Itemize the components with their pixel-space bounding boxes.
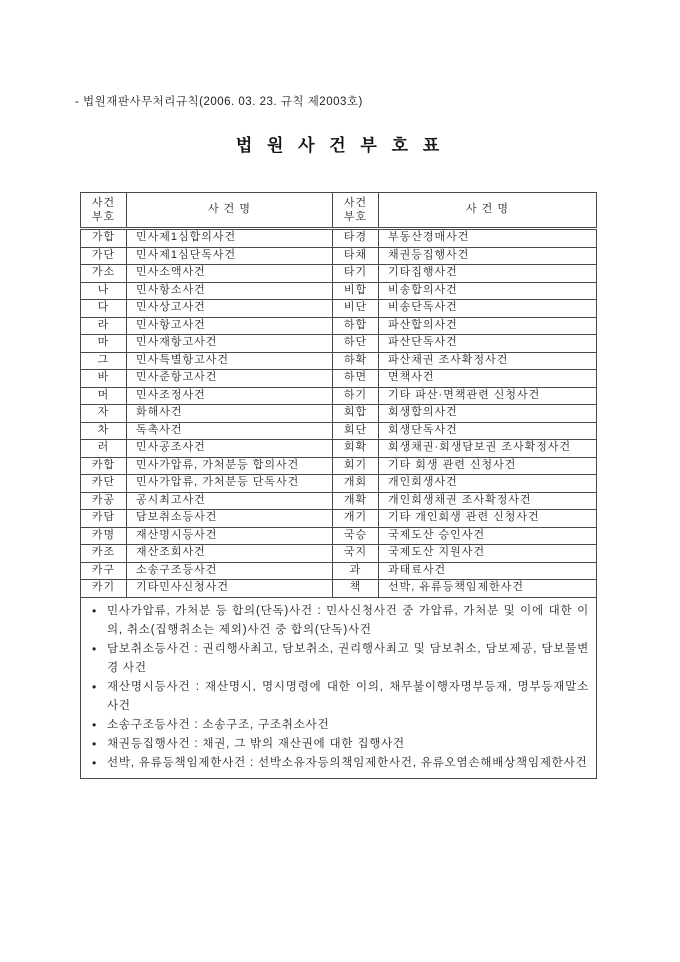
case-name-cell: 소송구조등사건 <box>127 562 333 580</box>
case-name-cell: 민사제1심합의사건 <box>127 229 333 248</box>
note-item: 재산명시등사건 : 재산명시, 명시명령에 대한 이의, 채무불이행자명부등재,… <box>88 678 589 716</box>
table-row: 나민사항소사건비합비송합의사건 <box>81 282 597 300</box>
table-row: 다민사상고사건비단비송단독사건 <box>81 300 597 318</box>
case-name-cell: 민사상고사건 <box>127 300 333 318</box>
case-code-cell: 가단 <box>81 247 127 265</box>
table-row: 자화해사건회합회생합의사건 <box>81 405 597 423</box>
case-code-cell: 라 <box>81 317 127 335</box>
case-code-cell: 하면 <box>333 370 379 388</box>
case-name-cell: 부동산경매사건 <box>379 229 597 248</box>
col-header-case-code-line2: 부호 <box>334 210 377 224</box>
case-code-cell: 하합 <box>333 317 379 335</box>
case-name-cell: 비송단독사건 <box>379 300 597 318</box>
case-name-cell: 재산조회사건 <box>127 545 333 563</box>
case-code-cell: 머 <box>81 387 127 405</box>
case-name-cell: 민사조정사건 <box>127 387 333 405</box>
case-name-cell: 민사제1심단독사건 <box>127 247 333 265</box>
table-row: 러민사공조사건회확회생채권·회생담보권 조사확정사건 <box>81 440 597 458</box>
table-row: 머민사조정사건하기기타 파산·면책관련 신청사건 <box>81 387 597 405</box>
case-code-cell: 개기 <box>333 510 379 528</box>
case-code-cell: 마 <box>81 335 127 353</box>
case-name-cell: 개인회생채권 조사확정사건 <box>379 492 597 510</box>
case-code-cell: 회기 <box>333 457 379 475</box>
case-name-cell: 채권등집행사건 <box>379 247 597 265</box>
table-row: 카단민사가압류, 가처분등 단독사건개회개인회생사건 <box>81 475 597 493</box>
table-row: 바민사준항고사건하면면책사건 <box>81 370 597 388</box>
case-code-cell: 국승 <box>333 527 379 545</box>
case-code-cell: 카합 <box>81 457 127 475</box>
note-item: 소송구조등사건 : 소송구조, 구조취소사건 <box>88 716 589 735</box>
case-name-cell: 민사항고사건 <box>127 317 333 335</box>
case-code-cell: 가합 <box>81 229 127 248</box>
case-code-cell: 그 <box>81 352 127 370</box>
notes-row: 민사가압류, 가처분 등 합의(단독)사건 : 민사신청사건 중 가압류, 가처… <box>81 597 597 778</box>
table-body: 가합민사제1심합의사건타경부동산경매사건가단민사제1심단독사건타채채권등집행사건… <box>81 229 597 598</box>
table-row: 카조재산조회사건국지국제도산 지원사건 <box>81 545 597 563</box>
case-name-cell: 면책사건 <box>379 370 597 388</box>
case-name-cell: 담보취소등사건 <box>127 510 333 528</box>
table-row: 카구소송구조등사건과과태료사건 <box>81 562 597 580</box>
case-name-cell: 파산단독사건 <box>379 335 597 353</box>
case-code-cell: 회확 <box>333 440 379 458</box>
table-row: 카공공시최고사건개확개인회생채권 조사확정사건 <box>81 492 597 510</box>
table-row: 가소민사소액사건타기기타집행사건 <box>81 265 597 283</box>
note-item: 채권등집행사건 : 채권, 그 밖의 재산권에 대한 집행사건 <box>88 735 589 754</box>
case-code-cell: 개확 <box>333 492 379 510</box>
case-code-cell: 카담 <box>81 510 127 528</box>
case-code-cell: 하기 <box>333 387 379 405</box>
case-name-cell: 과태료사건 <box>379 562 597 580</box>
table-row: 가단민사제1심단독사건타채채권등집행사건 <box>81 247 597 265</box>
case-code-cell: 다 <box>81 300 127 318</box>
case-name-cell: 국제도산 승인사건 <box>379 527 597 545</box>
case-code-cell: 가소 <box>81 265 127 283</box>
case-code-cell: 비단 <box>333 300 379 318</box>
case-code-cell: 카명 <box>81 527 127 545</box>
case-name-cell: 선박, 유류등책임제한사건 <box>379 580 597 598</box>
case-name-cell: 민사가압류, 가처분등 합의사건 <box>127 457 333 475</box>
table-row: 차독촉사건회단회생단독사건 <box>81 422 597 440</box>
case-name-cell: 민사가압류, 가처분등 단독사건 <box>127 475 333 493</box>
case-name-cell: 개인회생사건 <box>379 475 597 493</box>
case-name-cell: 공시최고사건 <box>127 492 333 510</box>
col-header-case-name-left: 사 건 명 <box>127 193 333 229</box>
notes-cell: 민사가압류, 가처분 등 합의(단독)사건 : 민사신청사건 중 가압류, 가처… <box>81 597 597 778</box>
case-code-cell: 카조 <box>81 545 127 563</box>
case-name-cell: 독촉사건 <box>127 422 333 440</box>
case-name-cell: 화해사건 <box>127 405 333 423</box>
case-name-cell: 민사항소사건 <box>127 282 333 300</box>
case-name-cell: 기타 회생 관련 신청사건 <box>379 457 597 475</box>
case-code-cell: 회단 <box>333 422 379 440</box>
case-name-cell: 기타 개인회생 관련 신청사건 <box>379 510 597 528</box>
case-name-cell: 민사소액사건 <box>127 265 333 283</box>
table-row: 그민사특별항고사건하확파산채권 조사확정사건 <box>81 352 597 370</box>
table-row: 가합민사제1심합의사건타경부동산경매사건 <box>81 229 597 248</box>
table-row: 라민사항고사건하합파산합의사건 <box>81 317 597 335</box>
case-code-cell: 국지 <box>333 545 379 563</box>
case-name-cell: 기타집행사건 <box>379 265 597 283</box>
col-header-case-code-right: 사건 부호 <box>333 193 379 229</box>
case-code-cell: 차 <box>81 422 127 440</box>
table-header-row: 사건 부호 사 건 명 사건 부호 사 건 명 <box>81 193 597 229</box>
table-row: 카기기타민사신청사건책선박, 유류등책임제한사건 <box>81 580 597 598</box>
col-header-case-name-right: 사 건 명 <box>379 193 597 229</box>
case-code-cell: 회합 <box>333 405 379 423</box>
note-item: 담보취소등사건 : 권리행사최고, 담보취소, 권리행사최고 및 담보취소, 담… <box>88 640 589 678</box>
case-code-cell: 러 <box>81 440 127 458</box>
case-name-cell: 파산채권 조사확정사건 <box>379 352 597 370</box>
case-code-cell: 타기 <box>333 265 379 283</box>
regulation-reference: - 법원재판사무처리규칙(2006. 03. 23. 규칙 제2003호) <box>75 93 363 109</box>
case-name-cell: 회생채권·회생담보권 조사확정사건 <box>379 440 597 458</box>
case-name-cell: 재산명시등사건 <box>127 527 333 545</box>
case-code-cell: 하확 <box>333 352 379 370</box>
case-name-cell: 국제도산 지원사건 <box>379 545 597 563</box>
table-notes-section: 민사가압류, 가처분 등 합의(단독)사건 : 민사신청사건 중 가압류, 가처… <box>81 597 597 778</box>
col-header-case-code-line1: 사건 <box>334 196 377 210</box>
case-code-cell: 자 <box>81 405 127 423</box>
case-code-cell: 비합 <box>333 282 379 300</box>
case-code-cell: 하단 <box>333 335 379 353</box>
table-row: 마민사재항고사건하단파산단독사건 <box>81 335 597 353</box>
case-code-cell: 바 <box>81 370 127 388</box>
court-case-code-table: 사건 부호 사 건 명 사건 부호 사 건 명 가합민사제1심합의사건타경부동산… <box>80 192 597 779</box>
case-name-cell: 기타민사신청사건 <box>127 580 333 598</box>
case-code-cell: 타경 <box>333 229 379 248</box>
case-name-cell: 파산합의사건 <box>379 317 597 335</box>
case-code-cell: 카단 <box>81 475 127 493</box>
document-page: - 법원재판사무처리규칙(2006. 03. 23. 규칙 제2003호) 법 … <box>0 0 680 962</box>
table-row: 카합민사가압류, 가처분등 합의사건회기기타 회생 관련 신청사건 <box>81 457 597 475</box>
note-item: 민사가압류, 가처분 등 합의(단독)사건 : 민사신청사건 중 가압류, 가처… <box>88 602 589 640</box>
case-name-cell: 민사준항고사건 <box>127 370 333 388</box>
col-header-case-code-left: 사건 부호 <box>81 193 127 229</box>
case-name-cell: 민사공조사건 <box>127 440 333 458</box>
case-code-cell: 카공 <box>81 492 127 510</box>
case-name-cell: 회생단독사건 <box>379 422 597 440</box>
case-code-cell: 개회 <box>333 475 379 493</box>
note-item: 선박, 유류등책임제한사건 : 선박소유자등의책임제한사건, 유류오염손해배상책… <box>88 754 589 773</box>
case-code-cell: 카구 <box>81 562 127 580</box>
case-code-cell: 타채 <box>333 247 379 265</box>
case-code-cell: 나 <box>81 282 127 300</box>
case-code-cell: 카기 <box>81 580 127 598</box>
case-name-cell: 비송합의사건 <box>379 282 597 300</box>
case-code-cell: 과 <box>333 562 379 580</box>
col-header-case-code-line1: 사건 <box>82 196 125 210</box>
case-code-cell: 책 <box>333 580 379 598</box>
notes-list: 민사가압류, 가처분 등 합의(단독)사건 : 민사신청사건 중 가압류, 가처… <box>88 602 589 773</box>
case-name-cell: 회생합의사건 <box>379 405 597 423</box>
case-name-cell: 민사재항고사건 <box>127 335 333 353</box>
case-name-cell: 민사특별항고사건 <box>127 352 333 370</box>
page-title: 법 원 사 건 부 호 표 <box>0 131 680 156</box>
case-name-cell: 기타 파산·면책관련 신청사건 <box>379 387 597 405</box>
table-row: 카담담보취소등사건개기기타 개인회생 관련 신청사건 <box>81 510 597 528</box>
col-header-case-code-line2: 부호 <box>82 210 125 224</box>
table-row: 카명재산명시등사건국승국제도산 승인사건 <box>81 527 597 545</box>
